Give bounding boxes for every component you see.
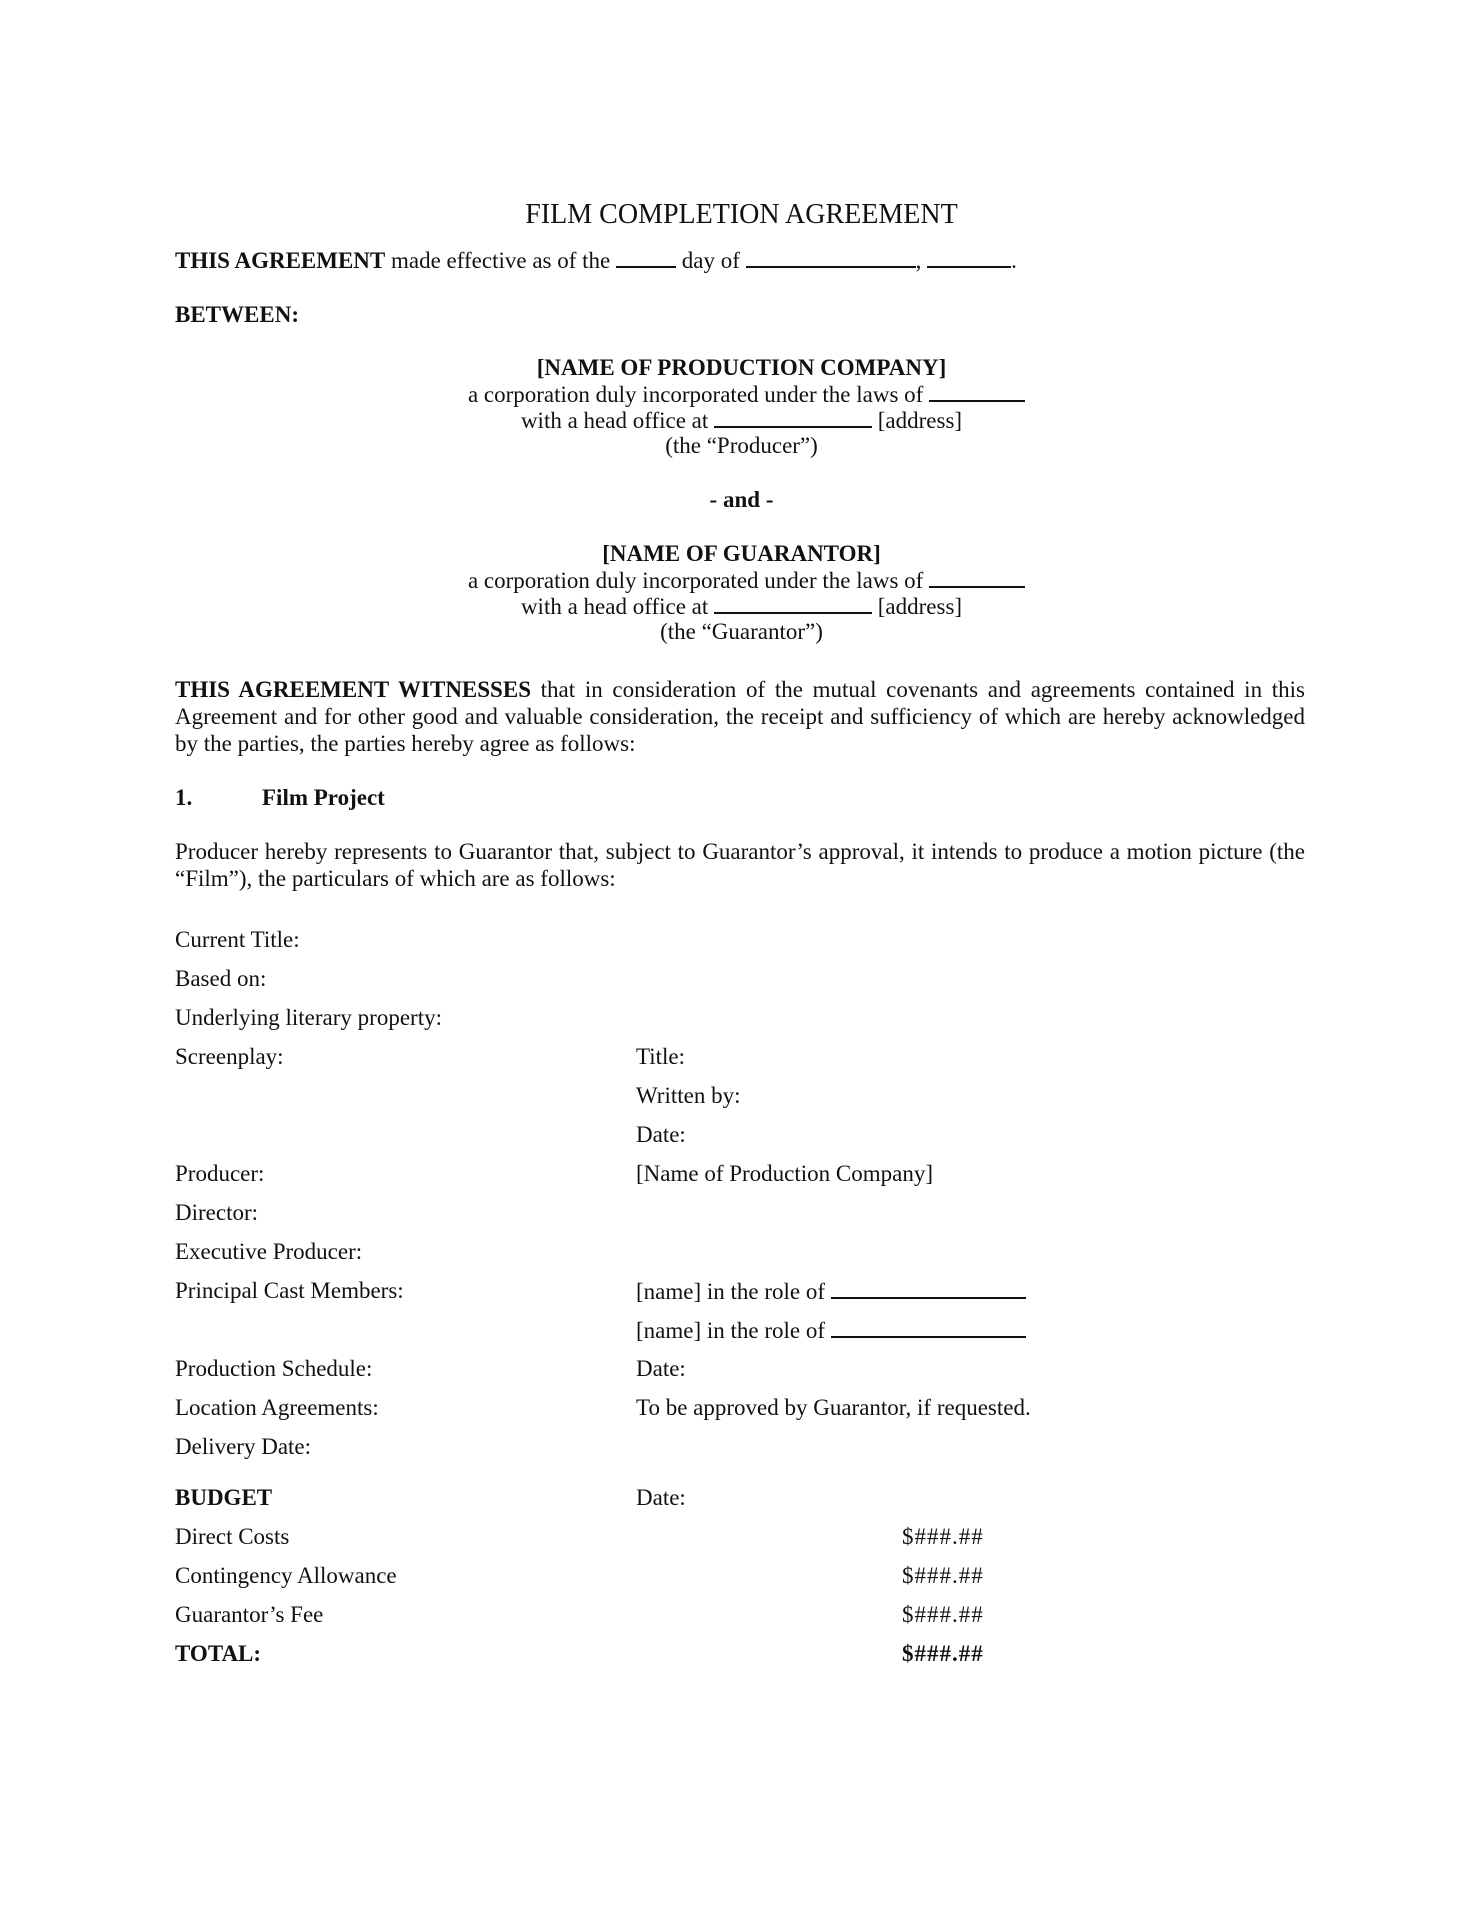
budget-row-guarantor-fee-amount: $###.##: [902, 1601, 984, 1629]
intro-text-4: .: [1011, 248, 1017, 273]
party-2-office: with a head office at [address]: [0, 592, 1483, 621]
particular-label-based-on: Based on:: [175, 965, 266, 993]
party-1-address-blank[interactable]: [714, 406, 872, 428]
party-1-alias: (the “Producer”): [0, 432, 1483, 460]
cast-member-2: [name] in the role of: [636, 1316, 1026, 1345]
particular-label-location-agreements: Location Agreements:: [175, 1394, 379, 1422]
production-schedule-date: Date:: [636, 1355, 686, 1383]
particular-label-current-title: Current Title:: [175, 926, 300, 954]
cast-role-1-blank[interactable]: [831, 1277, 1026, 1299]
witnesses-paragraph: THIS AGREEMENT WITNESSES that in conside…: [175, 676, 1305, 757]
budget-row-guarantor-fee-label: Guarantor’s Fee: [175, 1601, 323, 1629]
party-2-incorporation: a corporation duly incorporated under th…: [0, 566, 1483, 595]
party-1-office: with a head office at [address]: [0, 406, 1483, 435]
location-agreements-value: To be approved by Guarantor, if requeste…: [636, 1394, 1031, 1422]
party-2-jurisdiction-blank[interactable]: [929, 566, 1025, 588]
particular-label-production-schedule: Production Schedule:: [175, 1355, 372, 1383]
section-1-heading: Film Project: [262, 784, 385, 812]
particular-label-screenplay: Screenplay:: [175, 1043, 284, 1071]
particular-label-delivery-date: Delivery Date:: [175, 1433, 311, 1461]
day-blank[interactable]: [616, 246, 676, 268]
budget-row-direct-costs-label: Direct Costs: [175, 1523, 289, 1551]
year-blank[interactable]: [927, 246, 1011, 268]
particular-label-director: Director:: [175, 1199, 258, 1227]
budget-date-label: Date:: [636, 1484, 686, 1512]
between-label: BETWEEN:: [175, 301, 299, 329]
party-2-address-blank[interactable]: [714, 592, 872, 614]
intro-line: THIS AGREEMENT made effective as of the …: [175, 246, 1017, 275]
intro-bold: THIS AGREEMENT: [175, 248, 385, 273]
budget-row-contingency-label: Contingency Allowance: [175, 1562, 397, 1590]
budget-row-direct-costs-amount: $###.##: [902, 1523, 984, 1551]
and-separator: - and -: [0, 486, 1483, 514]
section-1-body: Producer hereby represents to Guarantor …: [175, 838, 1305, 892]
particular-label-principal-cast: Principal Cast Members:: [175, 1277, 404, 1305]
intro-text-3: ,: [916, 248, 928, 273]
particular-label-underlying-property: Underlying literary property:: [175, 1004, 442, 1032]
budget-row-contingency-amount: $###.##: [902, 1562, 984, 1590]
party-1-name: [NAME OF PRODUCTION COMPANY]: [0, 354, 1483, 382]
party-1-jurisdiction-blank[interactable]: [929, 380, 1025, 402]
screenplay-written-by: Written by:: [636, 1082, 740, 1110]
particular-label-executive-producer: Executive Producer:: [175, 1238, 362, 1266]
month-blank[interactable]: [746, 246, 916, 268]
cast-role-2-blank[interactable]: [831, 1316, 1026, 1338]
screenplay-title: Title:: [636, 1043, 685, 1071]
intro-text-1: made effective as of the: [385, 248, 616, 273]
producer-value: [Name of Production Company]: [636, 1160, 933, 1188]
budget-total-amount: $###.##: [902, 1640, 984, 1668]
particular-label-producer: Producer:: [175, 1160, 264, 1188]
cast-member-1: [name] in the role of: [636, 1277, 1026, 1306]
budget-total-label: TOTAL:: [175, 1640, 261, 1668]
document-page: FILM COMPLETION AGREEMENT THIS AGREEMENT…: [0, 0, 1483, 1920]
party-1-incorporation: a corporation duly incorporated under th…: [0, 380, 1483, 409]
budget-heading: BUDGET: [175, 1484, 272, 1512]
party-2-name: [NAME OF GUARANTOR]: [0, 540, 1483, 568]
document-title: FILM COMPLETION AGREEMENT: [0, 198, 1483, 232]
party-2-alias: (the “Guarantor”): [0, 618, 1483, 646]
intro-text-2: day of: [676, 248, 746, 273]
screenplay-date: Date:: [636, 1121, 686, 1149]
section-1-number: 1.: [175, 784, 192, 812]
